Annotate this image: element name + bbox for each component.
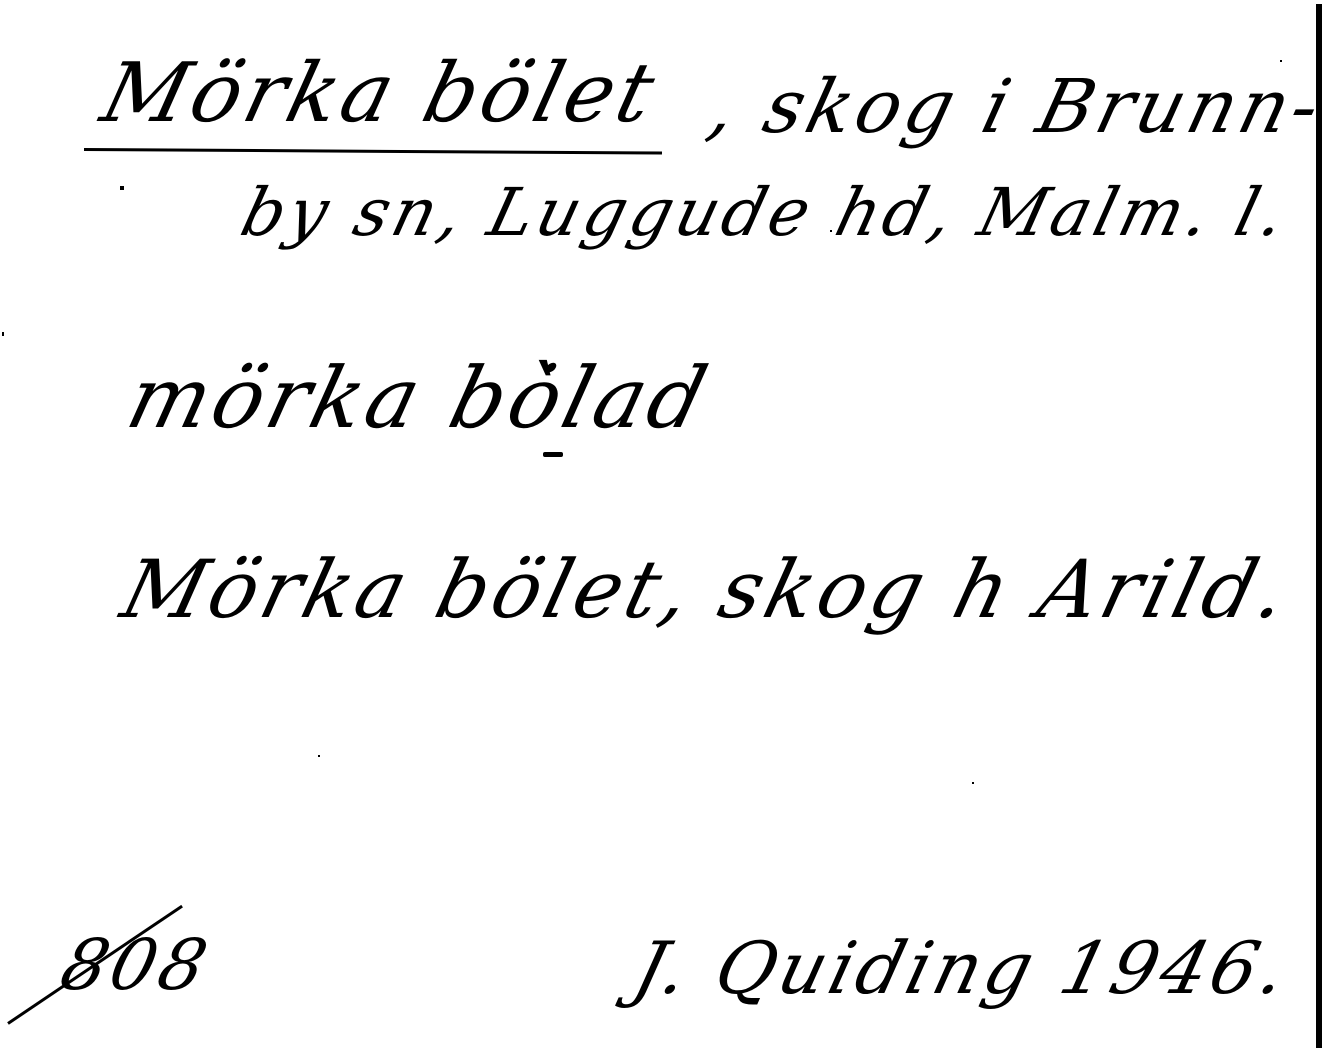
collector-signature: J. Quiding 1946. [624, 918, 1301, 1018]
scan-speck [2, 332, 4, 336]
scan-speck [830, 230, 832, 232]
location-line-1: , skog i Brunn- [700, 62, 1326, 152]
headword: Mörka bölet [92, 44, 668, 144]
headword-underline [84, 148, 662, 155]
scan-speck [972, 782, 974, 784]
scan-speck [1280, 60, 1282, 62]
variant-entry: Mörka bölet, skog h Arild. [112, 540, 1301, 640]
card-number: 808 [52, 920, 220, 1010]
scan-speck [120, 186, 124, 190]
archive-card: Mörka bölet , skog i Brunn- by sn, Luggu… [0, 0, 1326, 1056]
scan-speck [318, 755, 320, 757]
card-edge-line [1316, 4, 1322, 1048]
phonetic-transcription: mörka bȯ̀lad [118, 348, 720, 448]
location-line-2: by sn, Luggude hd, Malm. l. [232, 168, 1298, 258]
length-mark [543, 452, 563, 457]
